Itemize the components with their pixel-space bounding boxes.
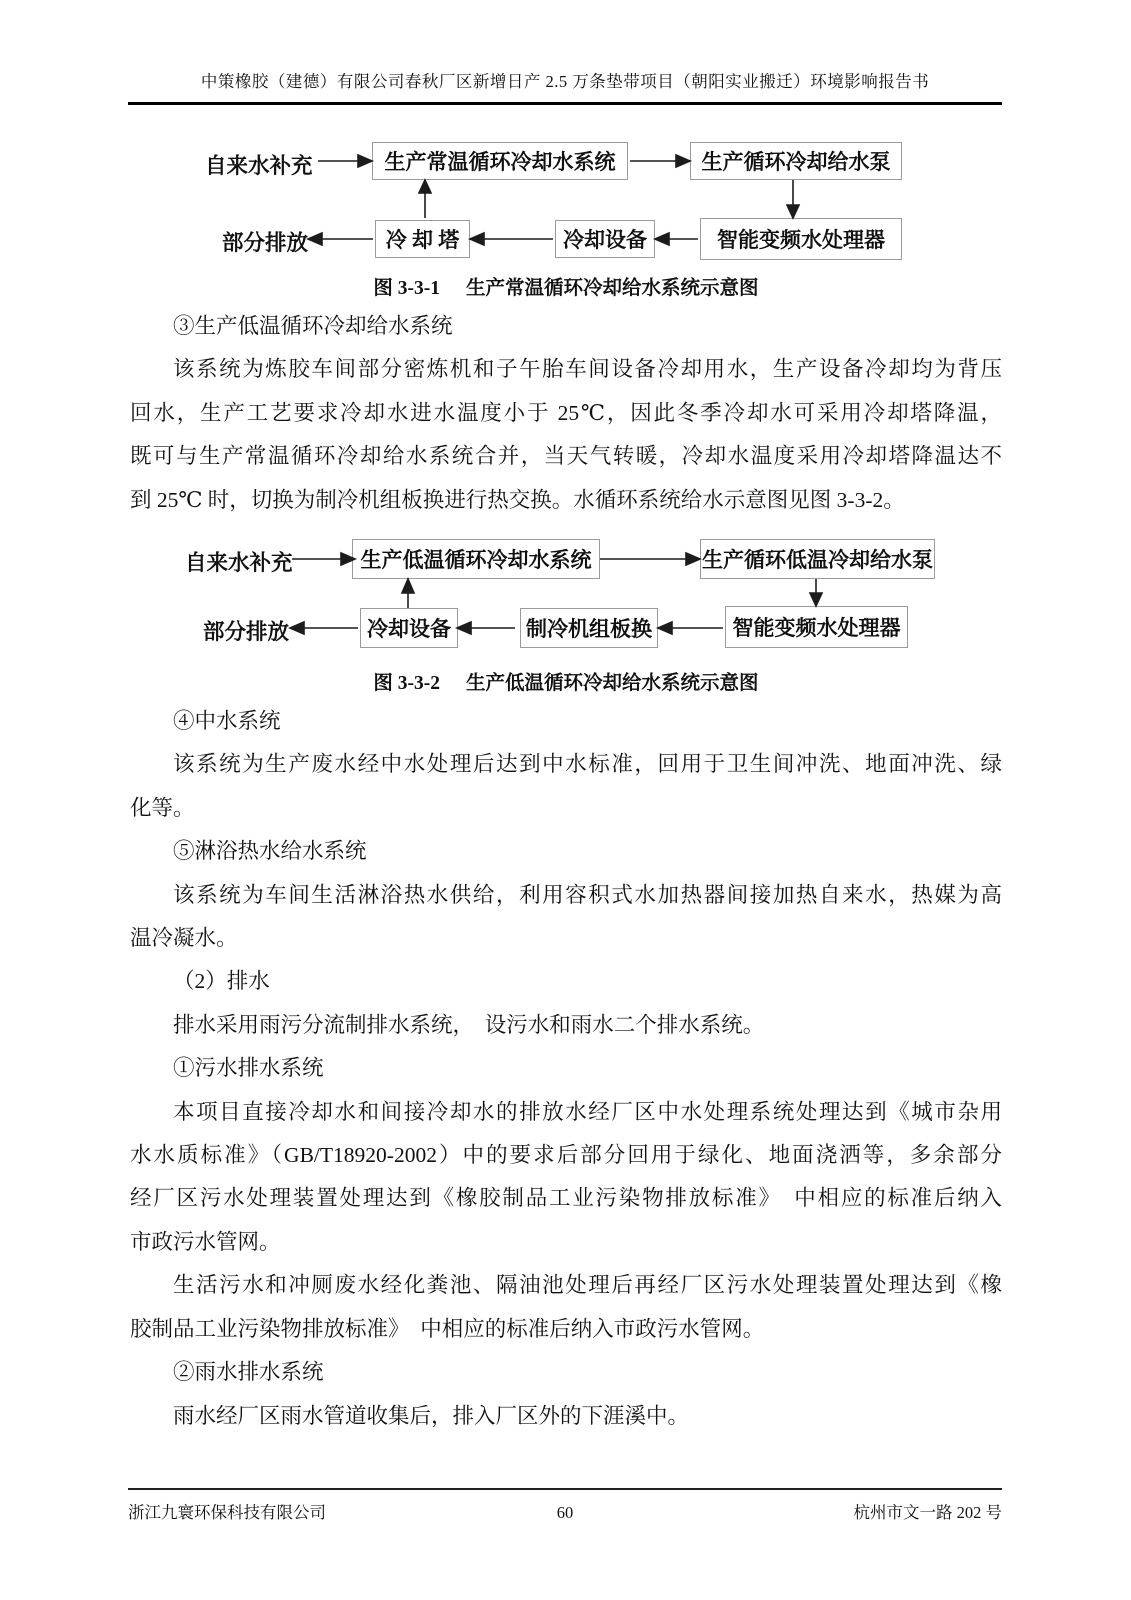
figure-caption-2-title: 生产低温循环冷却给水系统示意图 (466, 673, 759, 694)
text-line: 胶制品工业污染物排放标准》 中相应的标准后纳入市政污水管网。 (130, 1308, 1002, 1351)
subsection-heading-rainwater: ②雨水排水系统 (130, 1351, 1002, 1394)
body-text-block-1: ③生产低温循环冷却给水系统 该系统为炼胶车间部分密炼机和子午胎车间设备冷却用水，… (130, 305, 1002, 522)
text-line: 该系统为车间生活淋浴热水供给，利用容积式水加热器间接加热自来水，热媒为高 (130, 874, 1002, 917)
subsection-heading-4: ④中水系统 (130, 700, 1002, 743)
subsection-heading-sewage: ①污水排水系统 (130, 1047, 1002, 1090)
text-line: 水水质标准》（GB/T18920-2002）中的要求后部分回用于绿化、地面浇洒等… (130, 1134, 1002, 1177)
figure-caption-2: 图 3-3-2生产低温循环冷却给水系统示意图 (130, 667, 1002, 695)
footer-address: 杭州市文一路 202 号 (711, 1499, 1002, 1523)
text-line: 生活污水和冲厕废水经化粪池、隔油池处理后再经厂区污水处理装置处理达到《橡 (130, 1264, 1002, 1307)
diagram2-box-pump: 生产循环低温冷却给水泵 (700, 539, 935, 579)
section-heading-drainage: （2）排水 (130, 960, 1002, 1003)
diagram1-discharge-label: 部分排放 (222, 226, 308, 257)
figure-caption-1-title: 生产常温循环冷却给水系统示意图 (466, 278, 759, 299)
diagram1-box-tower: 冷 却 塔 (375, 220, 470, 258)
diagram1-box-equipment: 冷却设备 (555, 220, 655, 258)
text-line: 到 25℃ 时，切换为制冷机组板换进行热交换。水循环系统给水示意图见图 3-3-… (130, 479, 1002, 522)
diagram1-box-system: 生产常温循环冷却水系统 (372, 142, 628, 180)
text-line: 该系统为炼胶车间部分密炼机和子午胎车间设备冷却用水，生产设备冷却均为背压 (130, 348, 1002, 391)
diagram1-box-treater: 智能变频水处理器 (700, 218, 902, 260)
footer-page-number: 60 (419, 1503, 710, 1523)
page-footer: 浙江九寰环保科技有限公司 60 杭州市文一路 202 号 (128, 1488, 1002, 1523)
page: 中策橡胶（建德）有限公司春秋厂区新增日产 2.5 万条垫带项目（朝阳实业搬迁）环… (0, 0, 1131, 1600)
footer-company: 浙江九寰环保科技有限公司 (128, 1499, 419, 1523)
text-line: 该系统为生产废水经中水处理后达到中水标准，回用于卫生间冲洗、地面冲洗、绿 (130, 743, 1002, 786)
diagram1-source-label: 自来水补充 (205, 149, 313, 180)
text-line: 化等。 (130, 787, 1002, 830)
diagram2-source-label: 自来水补充 (185, 546, 293, 577)
figure-caption-2-number: 图 3-3-2 (373, 673, 440, 694)
diagram2-box-treater: 智能变频水处理器 (725, 606, 908, 648)
text-line: 雨水经厂区雨水管道收集后，排入厂区外的下涯溪中。 (130, 1395, 1002, 1438)
text-line: 既可与生产常温循环冷却给水系统合并，当天气转暖，冷却水温度采用冷却塔降温达不 (130, 435, 1002, 478)
subsection-heading-5: ⑤淋浴热水给水系统 (130, 830, 1002, 873)
figure-caption-1: 图 3-3-1生产常温循环冷却给水系统示意图 (130, 272, 1002, 300)
text-line: 经厂区污水处理装置处理达到《橡胶制品工业污染物排放标准》 中相应的标准后纳入 (130, 1177, 1002, 1220)
diagram2-discharge-label: 部分排放 (203, 615, 289, 646)
body-text-block-2: ④中水系统 该系统为生产废水经中水处理后达到中水标准，回用于卫生间冲洗、地面冲洗… (130, 700, 1002, 1438)
text-line: 回水，生产工艺要求冷却水进水温度小于 25℃，因此冬季冷却水可采用冷却塔降温， (130, 392, 1002, 435)
text-line: 市政污水管网。 (130, 1221, 1002, 1264)
diagram2-box-equipment: 冷却设备 (360, 608, 458, 648)
subsection-heading-3: ③生产低温循环冷却给水系统 (130, 305, 1002, 348)
text-line: 排水采用雨污分流制排水系统， 设污水和雨水二个排水系统。 (130, 1004, 1002, 1047)
figure-caption-1-number: 图 3-3-1 (373, 278, 440, 299)
text-line: 温冷凝水。 (130, 917, 1002, 960)
diagram1-box-pump: 生产循环冷却给水泵 (690, 142, 902, 180)
page-header-title: 中策橡胶（建德）有限公司春秋厂区新增日产 2.5 万条垫带项目（朝阳实业搬迁）环… (128, 68, 1002, 105)
text-line: 本项目直接冷却水和间接冷却水的排放水经厂区中水处理系统处理达到《城市杂用 (130, 1091, 1002, 1134)
diagram2-box-exchanger: 制冷机组板换 (520, 608, 658, 648)
diagram2-box-system: 生产低温循环冷却水系统 (352, 539, 600, 579)
